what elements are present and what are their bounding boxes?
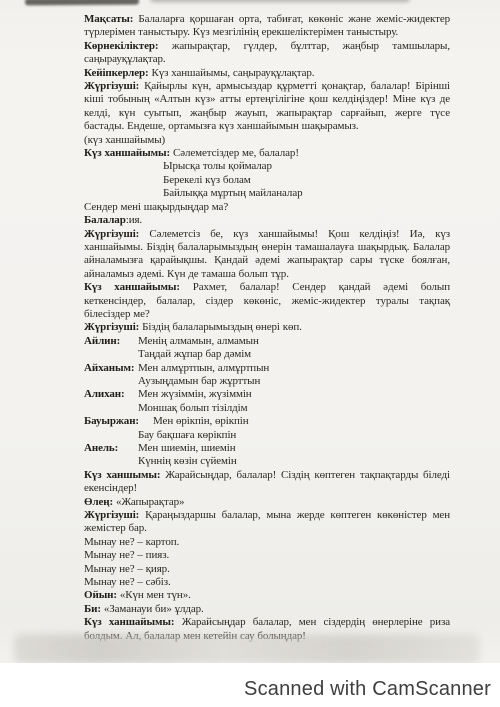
doc-line: бастады. Ендеше, ортамызға күз ханшайымы… bbox=[84, 120, 450, 133]
line-text: Жарайсыңдар балалар, мен сіздердің өнерл… bbox=[182, 616, 450, 628]
line-text: жапырақтар, гүлдер, бұлттар, жаңбыр тамш… bbox=[172, 40, 450, 52]
scan-artifact-top-right bbox=[150, 0, 410, 2]
line-text: «Жапырақтар» bbox=[116, 496, 184, 508]
scan-artifact-top bbox=[25, 0, 139, 5]
line-text: Балаларға қоршаған орта, табиғат, көкөні… bbox=[138, 13, 450, 25]
doc-line: Анель: Мен шиемін, шиемін bbox=[84, 442, 450, 455]
doc-line: екенсіндер! bbox=[84, 482, 450, 495]
speaker-label: Жүргізуші: bbox=[84, 321, 139, 333]
doc-line: Мынау не? – қияр. bbox=[84, 563, 450, 576]
doc-line: Ойын: «Күн мен түн». bbox=[84, 589, 450, 602]
camscanner-watermark: Scanned with CamScanner bbox=[244, 678, 491, 701]
line-text: Мынау не? – қияр. bbox=[84, 563, 170, 575]
doc-line: Жүргізуші: Біздің балаларымыздың өнері к… bbox=[84, 321, 450, 334]
line-text: Ырысқа толы қоймалар bbox=[163, 160, 272, 172]
line-text: білесіздер ме? bbox=[84, 308, 150, 320]
line-text: Рахмет, балалар! Сендер қандай әдемі бол… bbox=[193, 281, 450, 293]
speaker-label: Алихан: bbox=[84, 388, 138, 401]
line-text: айналамыз әдемі. Күн де тамаша болып тұр… bbox=[84, 268, 289, 280]
speaker-label: Өлең: bbox=[84, 496, 113, 508]
doc-line: Күз ханшайымы: Сәлеметсіздер ме, балалар… bbox=[84, 147, 450, 160]
doc-line: Мынау не? – пияз. bbox=[84, 549, 450, 562]
speaker-label: Анель: bbox=[84, 442, 138, 455]
doc-line: Жүргізуші: Қараңыздаршы балалар, мына же… bbox=[84, 509, 450, 522]
doc-line: Айханым: Мен алмұртпын, алмұртпын bbox=[84, 362, 450, 375]
line-text: ханшайымы. Біздің балаларымыздың өнерін … bbox=[84, 241, 450, 253]
line-text: кеткенсіндер, балалар, сіздер көкөніс, ж… bbox=[84, 295, 450, 307]
line-text: саңырауқұлақтар. bbox=[84, 53, 166, 65]
line-text: Сендер мені шақырдыңдар ма? bbox=[84, 201, 228, 213]
doc-line: Бауыржан: Мен өрікпін, өрікпін bbox=[84, 415, 450, 428]
line-text: Жарайсыңдар, балалар! Сіздің көптеген та… bbox=[165, 469, 450, 481]
line-text: айналамызға қарайықшы. Қандай әдемі жапы… bbox=[84, 254, 450, 266]
doc-line: түрлерімен таныстыру. Күз мезгілінің ере… bbox=[84, 26, 450, 39]
line-text: «Заманауи би» ұлдар. bbox=[104, 603, 204, 615]
doc-line: Жүргізуші: Сәлеметсіз бе, күз ханшайымы!… bbox=[84, 228, 450, 241]
doc-line: Моншақ болып тізілдім bbox=[84, 402, 450, 415]
doc-line: ханшайымы. Біздің балаларымыздың өнерін … bbox=[84, 241, 450, 254]
doc-line: Байлыққа мұртың майланалар bbox=[84, 187, 450, 200]
speaker-label: Жүргізуші: bbox=[84, 509, 139, 521]
document-text-block: Мақсаты: Балаларға қоршаған орта, табиға… bbox=[84, 13, 450, 643]
line-text: кіші тобының «Алтын күз» атты ертеңгіліг… bbox=[84, 93, 450, 105]
line-text: «Күн мен түн». bbox=[120, 589, 191, 601]
speaker-label: Айханым: bbox=[84, 362, 138, 375]
line-text: Бау бақшаға көрікпін bbox=[138, 429, 236, 441]
line-text: Моншақ болып тізілдім bbox=[138, 402, 247, 414]
line-text: бастады. Ендеше, ортамызға күз ханшайымы… bbox=[84, 120, 359, 132]
line-text: Мынау не? – сәбіз. bbox=[84, 576, 171, 588]
line-text: Мынау не? – картоп. bbox=[84, 536, 179, 548]
speaker-label: Кейіпкерлер: bbox=[84, 67, 149, 79]
doc-line: Аузыңдамын бар жұрттын bbox=[84, 375, 450, 388]
speaker-label: Балалар bbox=[84, 214, 126, 226]
doc-line: келді, күн суытып, жаңбыр жауып, жапырақ… bbox=[84, 107, 450, 120]
line-text: Сәлеметсіз бе, күз ханшайымы! Қош келдің… bbox=[149, 228, 450, 240]
doc-line: кеткенсіндер, балалар, сіздер көкөніс, ж… bbox=[84, 295, 450, 308]
doc-line: жемістер бар. bbox=[84, 522, 450, 535]
line-text: жемістер бар. bbox=[84, 522, 147, 534]
speaker-label: Жүргізуші: bbox=[84, 228, 139, 240]
line-text: келді, күн суытып, жаңбыр жауып, жапырақ… bbox=[84, 107, 450, 119]
speaker-label: Жүргізуші: bbox=[84, 80, 139, 92]
doc-line: Балалар:ия. bbox=[84, 214, 450, 227]
doc-line: Күз ханшайымы: Жарайсыңдар балалар, мен … bbox=[84, 616, 450, 629]
scanned-document-page: Мақсаты: Балаларға қоршаған орта, табиға… bbox=[0, 0, 500, 707]
line-text: Қараңыздаршы балалар, мына жерде көптеге… bbox=[145, 509, 450, 521]
doc-line: Айлин: Менің алмамын, алмамын bbox=[84, 335, 450, 348]
line-text: Мен өрікпін, өрікпін bbox=[153, 415, 249, 428]
line-text: Мен алмұртпын, алмұртпын bbox=[138, 362, 269, 375]
line-text: Мен шиемін, шиемін bbox=[138, 442, 236, 455]
line-text: Байлыққа мұртың майланалар bbox=[163, 187, 303, 199]
doc-line: Кейіпкерлер: Күз ханшайымы, саңырауқұлақ… bbox=[84, 67, 450, 80]
doc-line: Ырысқа толы қоймалар bbox=[84, 160, 450, 173]
doc-line: саңырауқұлақтар. bbox=[84, 53, 450, 66]
line-text: Күннің көзін сүйемін bbox=[138, 455, 237, 467]
doc-line: Өлең: «Жапырақтар» bbox=[84, 496, 450, 509]
doc-line: Таңдай жұпар бар дәмім bbox=[84, 348, 450, 361]
speaker-label: Айлин: bbox=[84, 335, 138, 348]
speaker-label: Би: bbox=[84, 603, 101, 615]
line-text: Біздің балаларымыздың өнері көп. bbox=[142, 321, 302, 333]
doc-line: Алихан: Мен жүзіммін, жүзіммін bbox=[84, 388, 450, 401]
speaker-label: Мақсаты: bbox=[84, 13, 133, 25]
line-text: Берекелі күз болам bbox=[163, 174, 251, 186]
speaker-label: Күз ханшайымы: bbox=[84, 281, 180, 293]
speaker-label: Көрнекіліктер: bbox=[84, 40, 158, 52]
doc-line: айналамыз әдемі. Күн де тамаша болып тұр… bbox=[84, 268, 450, 281]
line-text: Қайырлы күн, армысыздар құрметті қонақта… bbox=[144, 80, 450, 92]
speaker-label: Бауыржан: bbox=[84, 415, 139, 428]
doc-line: Күз ханшайымы: Рахмет, балалар! Сендер қ… bbox=[84, 281, 450, 294]
doc-line: Сендер мені шақырдыңдар ма? bbox=[84, 201, 450, 214]
doc-line: айналамызға қарайықшы. Қандай әдемі жапы… bbox=[84, 254, 450, 267]
doc-line: Жүргізуші: Қайырлы күн, армысыздар құрме… bbox=[84, 80, 450, 93]
line-text: Таңдай жұпар бар дәмім bbox=[138, 348, 251, 360]
line-text: Күз ханшайымы, саңырауқұлақтар. bbox=[151, 67, 314, 79]
line-text: Аузыңдамын бар жұрттын bbox=[138, 375, 260, 387]
doc-line: Бау бақшаға көрікпін bbox=[84, 429, 450, 442]
line-text: Мен жүзіммін, жүзіммін bbox=[138, 388, 252, 401]
doc-line: Күннің көзін сүйемін bbox=[84, 455, 450, 468]
scan-shadow-band bbox=[14, 634, 480, 664]
line-text: Мынау не? – пияз. bbox=[84, 549, 169, 561]
line-text: Сәлеметсіздер ме, балалар! bbox=[173, 147, 299, 159]
doc-line: (күз ханшайымы) bbox=[84, 134, 450, 147]
doc-line: Мынау не? – картоп. bbox=[84, 536, 450, 549]
line-text: (күз ханшайымы) bbox=[84, 134, 165, 146]
line-text: түрлерімен таныстыру. Күз мезгілінің ере… bbox=[84, 26, 398, 38]
speaker-label: Күз ханшайымы: bbox=[84, 616, 174, 628]
doc-line: Берекелі күз болам bbox=[84, 174, 450, 187]
doc-line: Мақсаты: Балаларға қоршаған орта, табиға… bbox=[84, 13, 450, 26]
camscanner-footer-bar: Scanned with CamScanner bbox=[0, 663, 500, 707]
doc-line: Көрнекіліктер: жапырақтар, гүлдер, бұлтт… bbox=[84, 40, 450, 53]
speaker-label: Ойын: bbox=[84, 589, 117, 601]
speaker-label: Күз ханшымы: bbox=[84, 469, 160, 481]
line-text: Менің алмамын, алмамын bbox=[138, 335, 259, 348]
line-text: :ия. bbox=[126, 214, 142, 226]
doc-line: кіші тобының «Алтын күз» атты ертеңгіліг… bbox=[84, 93, 450, 106]
doc-line: Мынау не? – сәбіз. bbox=[84, 576, 450, 589]
speaker-label: Күз ханшайымы: bbox=[84, 147, 170, 159]
doc-line: білесіздер ме? bbox=[84, 308, 450, 321]
doc-line: Күз ханшымы: Жарайсыңдар, балалар! Сізді… bbox=[84, 469, 450, 482]
line-text: екенсіндер! bbox=[84, 482, 137, 494]
doc-line: Би: «Заманауи би» ұлдар. bbox=[84, 603, 450, 616]
